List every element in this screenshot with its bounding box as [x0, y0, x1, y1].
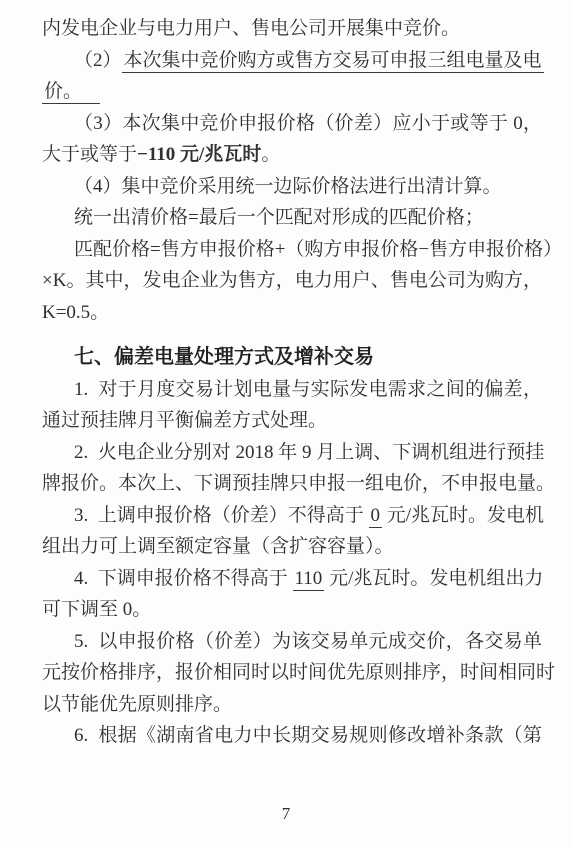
text-line: 4. 下调申报价格不得高于 110 元/兆瓦时。发电机组出力 [42, 563, 542, 595]
text-run: （3）本次集中竞价申报价格（价差）应小于或等于 0， [74, 113, 542, 134]
document-page: 内发电企业与电力用户、售电公司开展集中竞价。（2）本次集中竞价购方或售方交易可申… [0, 0, 572, 848]
text-run: 。 [261, 144, 280, 165]
text-run: 5. 以申报价格（价差）为该交易单元成交价，各交易单 [74, 631, 542, 652]
text-run: 组出力可上调至额定容量（含扩容容量）。 [42, 536, 394, 557]
text-run: ×K。其中，发电企业为售方，电力用户、售电公司为购方， [42, 270, 542, 291]
text-line: 3. 上调申报价格（价差）不得高于 0 元/兆瓦时。发电机 [42, 500, 542, 532]
text-run: 统一出清价格=最后一个匹配对形成的匹配价格； [74, 207, 484, 228]
text-line: K=0.5。 [42, 297, 542, 329]
text-run: 6. 根据《湖南省电力中长期交易规则修改增补条款（第 [74, 725, 542, 746]
document-body: 内发电企业与电力用户、售电公司开展集中竞价。（2）本次集中竞价购方或售方交易可申… [0, 0, 572, 752]
text-run: （2） [74, 50, 122, 71]
text-line: 价。 [42, 76, 542, 108]
section-heading: 七、偏差电量处理方式及增补交易 [42, 342, 542, 374]
text-line: 大于或等于−110 元/兆瓦时。 [42, 139, 542, 171]
text-line: 统一出清价格=最后一个匹配对形成的匹配价格； [42, 202, 542, 234]
text-line: 2. 火电企业分别对 2018 年 9 月上调、下调机组进行预挂 [42, 437, 542, 469]
text-line: 可下调至 0。 [42, 594, 542, 626]
text-line: 元按价格排序，报价相同时以时间优先原则排序，时间相同时 [42, 657, 542, 689]
text-line: 组出力可上调至额定容量（含扩容容量）。 [42, 531, 542, 563]
text-run: 匹配价格=售方申报价格+（购方申报价格−售方申报价格） [74, 239, 562, 260]
text-line: 牌报价。本次上、下调预挂牌只申报一组电价，不申报电量。 [42, 468, 542, 500]
text-line: 匹配价格=售方申报价格+（购方申报价格−售方申报价格） [42, 234, 542, 266]
text-line: 以节能优先原则排序。 [42, 689, 542, 721]
text-line: （2）本次集中竞价购方或售方交易可申报三组电量及电 [42, 45, 542, 77]
underlined-text-run: 0 [369, 505, 383, 528]
text-line: 6. 根据《湖南省电力中长期交易规则修改增补条款（第 [42, 720, 542, 752]
underlined-text-run: 本次集中竞价购方或售方交易可申报三组电量及电 [122, 50, 544, 73]
text-line: ×K。其中，发电企业为售方，电力用户、售电公司为购方， [42, 265, 542, 297]
text-run: 元/兆瓦时。发电机组出力 [324, 568, 543, 589]
text-line: 内发电企业与电力用户、售电公司开展集中竞价。 [42, 13, 542, 45]
text-line: （4）集中竞价采用统一边际价格法进行出清计算。 [42, 171, 542, 203]
text-run: 大于或等于 [42, 144, 137, 165]
text-run: （4）集中竞价采用统一边际价格法进行出清计算。 [74, 176, 502, 197]
text-run: 通过预挂牌月平衡偏差方式处理。 [42, 410, 327, 431]
text-run: 1. 对于月度交易计划电量与实际发电需求之间的偏差， [74, 379, 542, 400]
text-line: 通过预挂牌月平衡偏差方式处理。 [42, 405, 542, 437]
text-run: 2. 火电企业分别对 2018 年 9 月上调、下调机组进行预挂 [74, 442, 544, 463]
text-run: 以节能优先原则排序。 [42, 694, 232, 715]
text-line: 5. 以申报价格（价差）为该交易单元成交价，各交易单 [42, 626, 542, 658]
bold-text-run: −110 元/兆瓦时 [137, 144, 261, 165]
text-run: 元/兆瓦时。发电机 [382, 505, 544, 526]
underlined-text-run: 110 [293, 568, 325, 591]
text-run: 牌报价。本次上、下调预挂牌只申报一组电价，不申报电量。 [42, 473, 555, 494]
text-run: 内发电企业与电力用户、售电公司开展集中竞价。 [42, 18, 460, 39]
text-run: K=0.5。 [42, 302, 109, 323]
text-run: 元按价格排序，报价相同时以时间优先原则排序，时间相同时 [42, 662, 555, 683]
text-run: 3. 上调申报价格（价差）不得高于 [74, 505, 369, 526]
text-run: 可下调至 0。 [42, 599, 151, 620]
underlined-text-run: 价。 [42, 81, 100, 104]
text-line: （3）本次集中竞价申报价格（价差）应小于或等于 0， [42, 108, 542, 140]
text-run: 4. 下调申报价格不得高于 [74, 568, 293, 589]
text-run: 七、偏差电量处理方式及增补交易 [74, 346, 374, 368]
page-number: 7 [0, 804, 572, 824]
text-line: 1. 对于月度交易计划电量与实际发电需求之间的偏差， [42, 374, 542, 406]
